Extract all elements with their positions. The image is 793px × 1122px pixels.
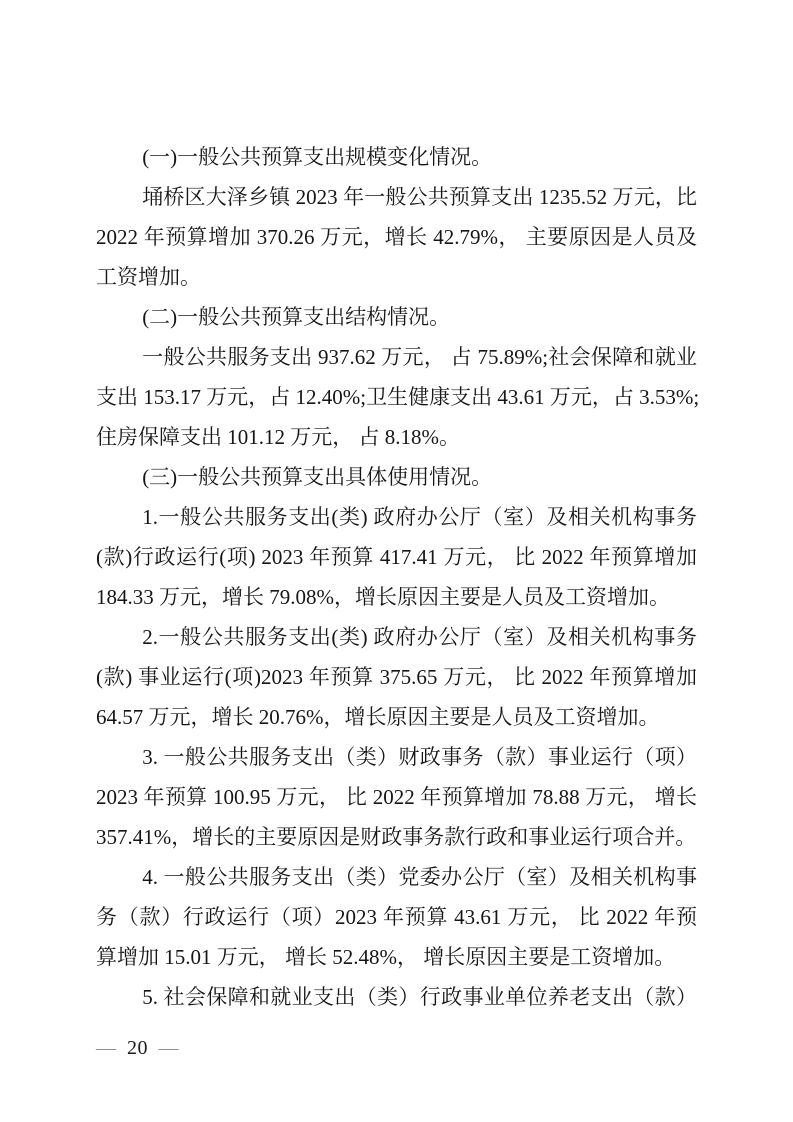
text-line: 工资增加。 [96,257,697,297]
footer-dash-right: — [159,1037,180,1059]
paragraph: 4. 一般公共服务支出（类）党委办公厅（室）及相关机构事务（款）行政运行（项）2… [96,857,697,977]
section-heading: (一)一般公共预算支出规模变化情况。 [96,137,697,177]
text-line: (款)行政运行(项) 2023 年预算 417.41 万元， 比 2022 年预… [96,537,697,577]
footer-dash-left: — [96,1037,117,1059]
text-line: (二)一般公共预算支出结构情况。 [96,297,697,337]
text-line: 务（款）行政运行（项）2023 年预算 43.61 万元， 比 2022 年预 [96,897,697,937]
text-line: 2022 年预算增加 370.26 万元，增长 42.79%， 主要原因是人员及 [96,217,697,257]
text-line: 算增加 15.01 万元， 增长 52.48%， 增长原因主要是工资增加。 [96,937,697,977]
text-line: 2023 年预算 100.95 万元， 比 2022 年预算增加 78.88 万… [96,777,697,817]
text-line: 3. 一般公共服务支出（类）财政事务（款）事业运行（项） [96,737,697,777]
text-line: (一)一般公共预算支出规模变化情况。 [96,137,697,177]
text-line: 支出 153.17 万元，占 12.40%;卫生健康支出 43.61 万元，占 … [96,377,697,417]
text-line: 64.57 万元，增长 20.76%，增长原因主要是人员及工资增加。 [96,697,697,737]
document-content: (一)一般公共预算支出规模变化情况。埇桥区大泽乡镇 2023 年一般公共预算支出… [96,137,697,1017]
text-line: 埇桥区大泽乡镇 2023 年一般公共预算支出 1235.52 万元，比 [96,177,697,217]
text-line: 2.一般公共服务支出(类) 政府办公厅（室）及相关机构事务 [96,617,697,657]
paragraph: 1.一般公共服务支出(类) 政府办公厅（室）及相关机构事务(款)行政运行(项) … [96,497,697,617]
footer-page-number: 20 [127,1037,148,1059]
text-line: 357.41%，增长的主要原因是财政事务款行政和事业运行项合并。 [96,817,697,857]
page-footer: — 20 — [96,1035,179,1061]
paragraph: 3. 一般公共服务支出（类）财政事务（款）事业运行（项）2023 年预算 100… [96,737,697,857]
paragraph: 一般公共服务支出 937.62 万元， 占 75.89%;社会保障和就业支出 1… [96,337,697,457]
text-line: 一般公共服务支出 937.62 万元， 占 75.89%;社会保障和就业 [96,337,697,377]
paragraph: 2.一般公共服务支出(类) 政府办公厅（室）及相关机构事务(款) 事业运行(项)… [96,617,697,737]
text-line: 住房保障支出 101.12 万元， 占 8.18%。 [96,417,697,457]
paragraph: 埇桥区大泽乡镇 2023 年一般公共预算支出 1235.52 万元，比2022 … [96,177,697,297]
text-line: (三)一般公共预算支出具体使用情况。 [96,457,697,497]
text-line: (款) 事业运行(项)2023 年预算 375.65 万元， 比 2022 年预… [96,657,697,697]
text-line: 184.33 万元，增长 79.08%，增长原因主要是人员及工资增加。 [96,577,697,617]
text-line: 5. 社会保障和就业支出（类）行政事业单位养老支出（款） [96,977,697,1017]
section-heading: (三)一般公共预算支出具体使用情况。 [96,457,697,497]
document-page: (一)一般公共预算支出规模变化情况。埇桥区大泽乡镇 2023 年一般公共预算支出… [0,0,793,1122]
text-line: 1.一般公共服务支出(类) 政府办公厅（室）及相关机构事务 [96,497,697,537]
paragraph: 5. 社会保障和就业支出（类）行政事业单位养老支出（款） [96,977,697,1017]
text-line: 4. 一般公共服务支出（类）党委办公厅（室）及相关机构事 [96,857,697,897]
section-heading: (二)一般公共预算支出结构情况。 [96,297,697,337]
